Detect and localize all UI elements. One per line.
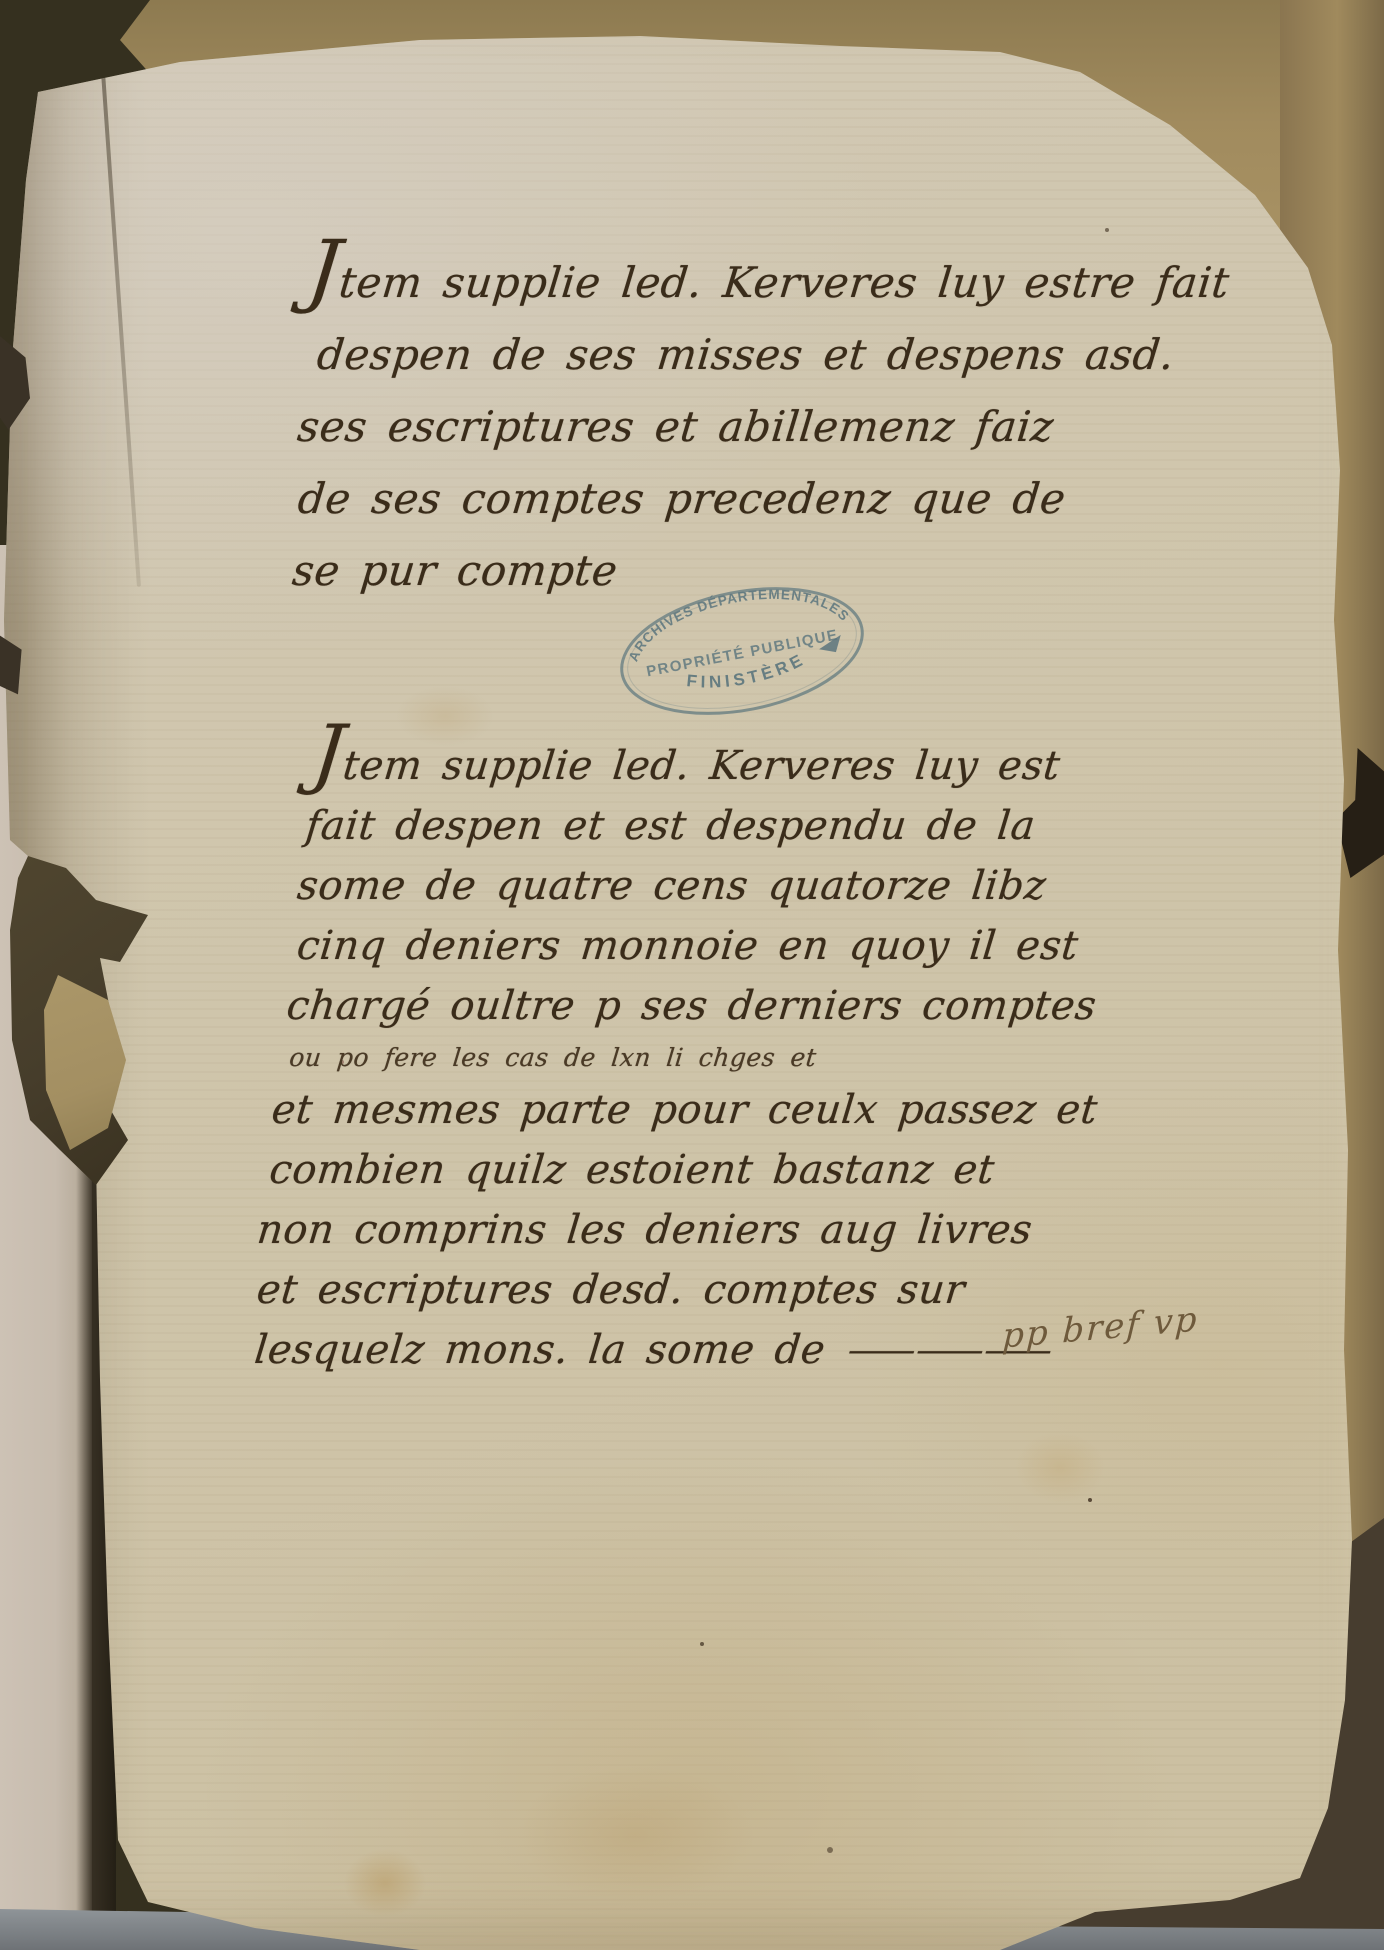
manuscript-line: et mesmes parte pour ceulx passez et xyxy=(269,1080,1101,1140)
manuscript-line: despen de ses misses et despens asd. xyxy=(314,319,1226,391)
manuscript-line: Jtem supplie led. Kerveres luy estre fai… xyxy=(303,242,1233,319)
page-crease xyxy=(100,58,141,587)
manuscript-line: chargé oultre p ses derniers comptes xyxy=(284,976,1112,1036)
manuscript-line: ou po fere les cas de lxn li chges et xyxy=(287,1036,1105,1080)
manuscript-line: cinq deniers monnoie en quoy il est xyxy=(294,916,1118,976)
manuscript-line: non comprins les deniers aug livres xyxy=(254,1200,1088,1260)
paper-stain xyxy=(470,1740,800,1930)
manuscript-photo: Jtem supplie led. Kerveres luy estre fai… xyxy=(0,0,1384,1950)
manuscript-line: Jtem supplie led. Kerveres luy est xyxy=(309,726,1138,796)
manuscript-line: combien quilz estoient bastanz et xyxy=(267,1140,1095,1200)
manuscript-line: de ses comptes precedenz que de xyxy=(294,463,1210,535)
manuscript-line: et escriptures desd. comptes sur xyxy=(254,1260,1082,1320)
manuscript-line: fait despen et est despendu de la xyxy=(303,796,1131,856)
manuscript-paragraph-1: Jtem supplie led. Kerveres luy estre fai… xyxy=(273,242,1234,607)
manuscript-paragraph-2: Jtem supplie led. Kerveres luy estfait d… xyxy=(248,726,1138,1380)
paper-stain xyxy=(330,1838,440,1928)
ink-specks xyxy=(1088,1498,1092,1502)
paper-stain xyxy=(1000,1420,1120,1515)
manuscript-line: some de quatre cens quatorze libz xyxy=(294,856,1124,916)
manuscript-line: ses escriptures et abillemenz faiz xyxy=(294,391,1218,463)
manuscript-page: Jtem supplie led. Kerveres luy estre fai… xyxy=(0,0,1384,1950)
manuscript-line: lesquelz mons. la some de ⸺⸺⸺ xyxy=(252,1320,1076,1380)
